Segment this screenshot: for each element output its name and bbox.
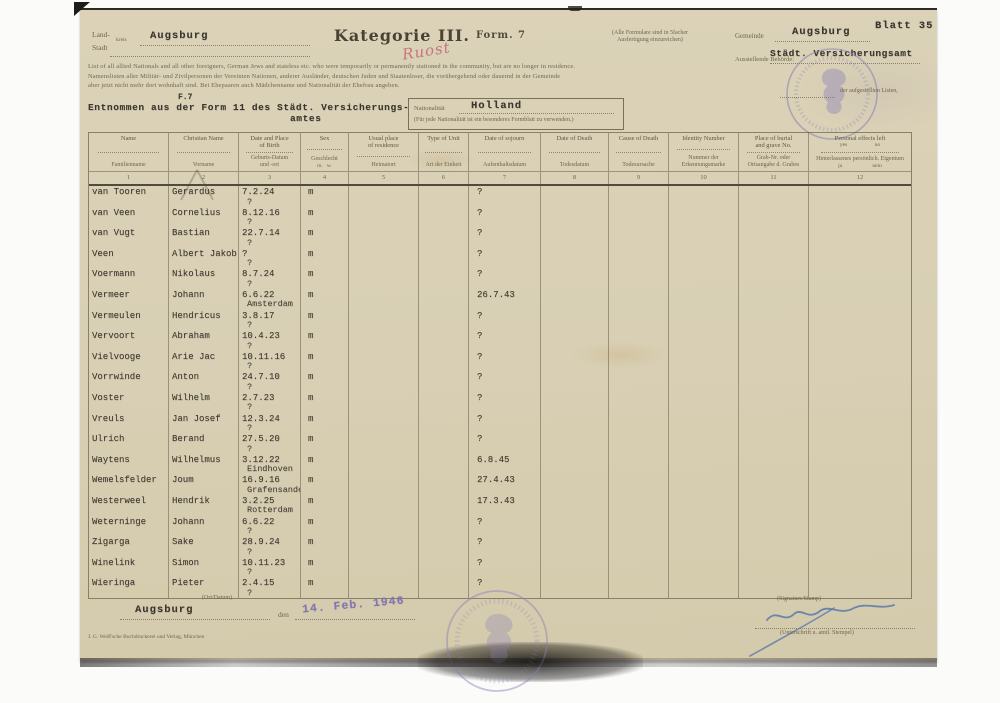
copies-note-line2: Ausfertigung einzureichen) — [585, 37, 715, 44]
birth-place: ? — [247, 589, 300, 598]
column-header-1: NameFamilienname — [89, 133, 169, 171]
cell-birth: 27.5.20? — [239, 433, 301, 454]
birth-place: ? — [247, 198, 300, 207]
cell-identity-number — [669, 536, 739, 557]
cell-birth: 24.7.10? — [239, 371, 301, 392]
cell-residence — [349, 289, 419, 310]
cell-unit — [419, 227, 469, 248]
cell-personal-effects — [809, 289, 911, 310]
column-header-en: Cause of Death — [619, 135, 658, 142]
cell-sojourn-date: ? — [469, 371, 541, 392]
cell-unit — [419, 413, 469, 434]
source-note-line2: amtes — [290, 113, 322, 124]
cell-sojourn-date: ? — [469, 413, 541, 434]
instructions-line2-de: Namenslisten aller Militär- und Zivilper… — [88, 72, 833, 82]
column-header-9: Cause of DeathTodesursache — [609, 133, 669, 171]
cell-personal-effects — [809, 392, 911, 413]
cell-burial-place — [739, 268, 809, 289]
persons-table: NameFamiliennameChristian NameVornameDat… — [88, 132, 912, 599]
column-number: 8 — [541, 172, 609, 184]
cell-residence — [349, 392, 419, 413]
cell-burial-place — [739, 433, 809, 454]
column-header-de: Heimatort — [371, 162, 395, 169]
header-dotted-rule — [616, 151, 660, 153]
cell-residence — [349, 330, 419, 351]
cell-unit — [419, 351, 469, 372]
birth-place: ? — [247, 403, 300, 412]
place-value: Augsburg — [135, 604, 193, 616]
cell-death-cause — [609, 207, 669, 228]
cell-first-name: Berand — [169, 433, 239, 454]
table-row: WesterweelHendrik3.2.25Rotterdamm17.3.43 — [89, 495, 911, 516]
nationality-value: Holland — [471, 100, 522, 112]
cell-death-cause — [609, 454, 669, 475]
cell-name: Ulrich — [89, 433, 169, 454]
cell-death-date — [541, 227, 609, 248]
cell-personal-effects — [809, 433, 911, 454]
cell-personal-effects — [809, 371, 911, 392]
cell-death-date — [541, 351, 609, 372]
cell-identity-number — [669, 495, 739, 516]
cell-death-cause — [609, 495, 669, 516]
cell-death-date — [541, 207, 609, 228]
cell-first-name: Wilhelm — [169, 392, 239, 413]
cell-first-name: Cornelius — [169, 207, 239, 228]
cell-burial-place — [739, 351, 809, 372]
place-date-label: (Ort/Datum) — [202, 595, 232, 601]
column-header-en: Personal effects left — [835, 135, 886, 142]
cell-identity-number — [669, 207, 739, 228]
cell-sojourn-date: 17.3.43 — [469, 495, 541, 516]
column-header-de-options: ja nein — [816, 163, 904, 169]
district-label-bottom: Stadt — [92, 43, 107, 52]
cell-sex: m — [301, 289, 349, 310]
cell-death-date — [541, 536, 609, 557]
header-dotted-rule — [677, 148, 729, 150]
cell-name: Winelink — [89, 557, 169, 578]
cell-identity-number — [669, 413, 739, 434]
cell-personal-effects — [809, 351, 911, 372]
cell-sojourn-date: ? — [469, 186, 541, 207]
column-header-de: Nummer der Erkennungsmarke — [682, 155, 726, 169]
cell-death-date — [541, 289, 609, 310]
cell-burial-place — [739, 392, 809, 413]
den-label: den — [278, 610, 289, 619]
cell-name: Vervoort — [89, 330, 169, 351]
cell-unit — [419, 516, 469, 537]
header-dotted-rule — [246, 151, 292, 153]
cell-death-date — [541, 413, 609, 434]
instructions-line1-en: List of all allied Nationals and all oth… — [88, 62, 833, 72]
table-row: VermeerJohann6.6.22Amsterdamm26.7.43 — [89, 289, 911, 310]
cell-first-name: Nikolaus — [169, 268, 239, 289]
cell-death-date — [541, 248, 609, 269]
cell-first-name: Hendrik — [169, 495, 239, 516]
cell-death-date — [541, 474, 609, 495]
cell-sojourn-date: 27.4.43 — [469, 474, 541, 495]
header-dotted-rule — [747, 151, 799, 153]
cell-identity-number — [669, 248, 739, 269]
table-row: VosterWilhelm2.7.23?m? — [89, 392, 911, 413]
cell-residence — [349, 310, 419, 331]
table-row: VorrwindeAnton24.7.10?m? — [89, 371, 911, 392]
cell-name: Westerweel — [89, 495, 169, 516]
cell-unit — [419, 330, 469, 351]
column-header-de: Todesursache — [622, 162, 655, 169]
cell-birth: ?? — [239, 248, 301, 269]
cell-sojourn-date: ? — [469, 392, 541, 413]
cell-birth: 16.9.16Grafensande — [239, 474, 301, 495]
cell-residence — [349, 227, 419, 248]
cell-sex: m — [301, 557, 349, 578]
column-header-de: Vorname — [193, 162, 215, 169]
document-paper: Land- Stadt kreis Augsburg Kategorie III… — [80, 8, 937, 660]
cell-birth: 3.12.22Eindhoven — [239, 454, 301, 475]
table-row: VermeulenHendricus3.8.17?m? — [89, 310, 911, 331]
cell-name: Waytens — [89, 454, 169, 475]
birth-place: Amsterdam — [247, 300, 300, 309]
source-note-line1: Entnommen aus der Form 11 des Städt. Ver… — [88, 102, 409, 113]
cell-burial-place — [739, 330, 809, 351]
gemeinde-value: Augsburg — [792, 26, 850, 38]
birth-place: ? — [247, 218, 300, 227]
cell-death-date — [541, 516, 609, 537]
cell-sex: m — [301, 392, 349, 413]
cell-personal-effects — [809, 227, 911, 248]
column-header-en: Identity Number — [682, 135, 724, 142]
cell-death-date — [541, 330, 609, 351]
cell-unit — [419, 268, 469, 289]
cell-burial-place — [739, 454, 809, 475]
cell-sex: m — [301, 330, 349, 351]
cell-name: van Tooren — [89, 186, 169, 207]
cell-sojourn-date: ? — [469, 248, 541, 269]
cell-death-date — [541, 392, 609, 413]
cell-sex: m — [301, 495, 349, 516]
cell-death-cause — [609, 186, 669, 207]
column-number: 4 — [301, 172, 349, 184]
table-row: WaytensWilhelmus3.12.22Eindhovenm6.8.45 — [89, 454, 911, 475]
table-row: VervoortAbraham10.4.23?m? — [89, 330, 911, 351]
cell-sojourn-date: ? — [469, 310, 541, 331]
column-header-de: Geschlecht — [311, 156, 338, 163]
cell-death-cause — [609, 227, 669, 248]
cell-burial-place — [739, 371, 809, 392]
cell-name: Vielvooge — [89, 351, 169, 372]
cell-unit — [419, 495, 469, 516]
cell-identity-number — [669, 330, 739, 351]
cell-unit — [419, 248, 469, 269]
cell-death-date — [541, 557, 609, 578]
column-header-de: Hinterlassenes persönlich. Eigentum — [816, 156, 904, 163]
cell-name: Wemelsfelder — [89, 474, 169, 495]
cell-death-cause — [609, 289, 669, 310]
cell-personal-effects — [809, 454, 911, 475]
cell-death-date — [541, 310, 609, 331]
scan-edge-notch — [568, 6, 582, 11]
column-number: 10 — [669, 172, 739, 184]
cell-unit — [419, 207, 469, 228]
cell-first-name: Sake — [169, 536, 239, 557]
gemeinde-label: Gemeinde — [735, 32, 764, 40]
column-header-de: Todesdatum — [560, 162, 589, 169]
table-row: UlrichBerand27.5.20?m? — [89, 433, 911, 454]
column-number: 1 — [89, 172, 169, 184]
column-header-en: Date of sojourn — [485, 135, 525, 142]
cell-identity-number — [669, 289, 739, 310]
cell-personal-effects — [809, 207, 911, 228]
cell-death-cause — [609, 268, 669, 289]
district-value: Augsburg — [150, 30, 208, 42]
cell-death-cause — [609, 392, 669, 413]
cell-burial-place — [739, 474, 809, 495]
instructions-line3-de: aber jetzt nicht mehr dort wohnhaft sind… — [88, 81, 833, 91]
cell-sojourn-date: ? — [469, 351, 541, 372]
cell-death-cause — [609, 310, 669, 331]
nationality-label: Nationalität — [414, 105, 445, 112]
cell-identity-number — [669, 474, 739, 495]
column-header-en: Usual place of residence — [368, 135, 399, 149]
cell-name: Wieringa — [89, 577, 169, 598]
column-number: 11 — [739, 172, 809, 184]
cell-first-name: Abraham — [169, 330, 239, 351]
form-number-label: Form. 7 — [476, 30, 526, 41]
cell-unit — [419, 371, 469, 392]
cell-residence — [349, 495, 419, 516]
cell-birth: 2.4.15? — [239, 577, 301, 598]
cell-identity-number — [669, 577, 739, 598]
cell-birth: 28.9.24? — [239, 536, 301, 557]
cell-sojourn-date: ? — [469, 536, 541, 557]
column-header-de-options: m. w. — [311, 163, 338, 169]
cell-sex: m — [301, 227, 349, 248]
cell-death-cause — [609, 516, 669, 537]
cell-first-name: Arie Jac — [169, 351, 239, 372]
birth-place: ? — [247, 548, 300, 557]
column-header-7: Date of sojournAufenthaltsdatum — [469, 133, 541, 171]
cell-name: Weterninge — [89, 516, 169, 537]
birth-place: ? — [247, 568, 300, 577]
cell-sex: m — [301, 207, 349, 228]
cell-identity-number — [669, 186, 739, 207]
district-label-small: kreis — [116, 37, 127, 43]
column-header-en: Place of burial and grave No. — [755, 135, 792, 149]
cell-personal-effects — [809, 310, 911, 331]
cell-sojourn-date: 26.7.43 — [469, 289, 541, 310]
cell-death-cause — [609, 413, 669, 434]
cell-burial-place — [739, 289, 809, 310]
round-office-stamp-bottom — [442, 586, 552, 696]
cell-unit — [419, 289, 469, 310]
cell-identity-number — [669, 371, 739, 392]
source-note-sup: F.7 — [178, 93, 192, 102]
birth-place: ? — [247, 445, 300, 454]
cell-sex: m — [301, 186, 349, 207]
cell-birth: 6.6.22Amsterdam — [239, 289, 301, 310]
cell-residence — [349, 454, 419, 475]
district-label-top: Land- — [92, 30, 110, 39]
cell-first-name: Johann — [169, 516, 239, 537]
cell-sojourn-date: ? — [469, 330, 541, 351]
cell-sojourn-date: ? — [469, 268, 541, 289]
cell-sex: m — [301, 268, 349, 289]
column-header-12: Personal effects leftyes noHinterlassene… — [809, 133, 911, 171]
cell-burial-place — [739, 557, 809, 578]
cell-residence — [349, 557, 419, 578]
table-row: WeterningeJohann6.6.22?m? — [89, 516, 911, 537]
cell-name: Vreuls — [89, 413, 169, 434]
table-row: VreulsJan Josef12.3.24?m? — [89, 413, 911, 434]
cell-sojourn-date: ? — [469, 516, 541, 537]
header-dotted-rule — [98, 151, 158, 153]
cell-first-name: Gerardus — [169, 186, 239, 207]
column-header-en: Name — [121, 135, 136, 142]
header-dotted-rule — [177, 151, 229, 153]
cell-residence — [349, 371, 419, 392]
cell-birth: 12.3.24? — [239, 413, 301, 434]
cell-birth: 6.6.22? — [239, 516, 301, 537]
cell-sex: m — [301, 516, 349, 537]
page-title: Kategorie III. — [312, 26, 492, 45]
column-header-en: Christian Name — [183, 135, 223, 142]
cell-burial-place — [739, 207, 809, 228]
scan-corner-shadow — [74, 2, 90, 16]
header-dotted-rule — [357, 155, 409, 157]
cell-name: Vorrwinde — [89, 371, 169, 392]
table-row: WemelsfelderJoum16.9.16Grafensandem27.4.… — [89, 474, 911, 495]
cell-personal-effects — [809, 268, 911, 289]
cell-burial-place — [739, 516, 809, 537]
cell-birth: 10.4.23? — [239, 330, 301, 351]
cell-personal-effects — [809, 330, 911, 351]
cell-name: Vermeer — [89, 289, 169, 310]
table-row: van VeenCornelius8.12.16?m? — [89, 207, 911, 228]
cell-sojourn-date: ? — [469, 227, 541, 248]
cell-sojourn-date: ? — [469, 433, 541, 454]
birth-place: ? — [247, 280, 300, 289]
birth-place: ? — [247, 362, 300, 371]
cell-death-cause — [609, 474, 669, 495]
cell-residence — [349, 186, 419, 207]
header-dotted-rule — [425, 151, 462, 153]
column-header-8: Date of DeathTodesdatum — [541, 133, 609, 171]
table-row: WinelinkSimon10.11.23?m? — [89, 557, 911, 578]
copies-note-line1: (Alle Formulare sind in 5facher — [585, 30, 715, 37]
cell-personal-effects — [809, 536, 911, 557]
column-header-4: SexGeschlechtm. w. — [301, 133, 349, 171]
cell-residence — [349, 433, 419, 454]
cell-residence — [349, 413, 419, 434]
cell-residence — [349, 268, 419, 289]
cell-name: Vermeulen — [89, 310, 169, 331]
cell-burial-place — [739, 413, 809, 434]
column-header-en-options: yes no — [835, 142, 886, 148]
stamp-side-note: der aufgestellten Listen, — [840, 88, 898, 95]
cell-residence — [349, 474, 419, 495]
cell-first-name: Joum — [169, 474, 239, 495]
cell-death-date — [541, 371, 609, 392]
cell-sex: m — [301, 454, 349, 475]
cell-death-cause — [609, 433, 669, 454]
column-header-de: Geburts-Datum und -ort — [251, 155, 288, 169]
cell-personal-effects — [809, 495, 911, 516]
cell-residence — [349, 248, 419, 269]
cell-identity-number — [669, 310, 739, 331]
cell-identity-number — [669, 433, 739, 454]
cell-birth: 7.2.24? — [239, 186, 301, 207]
sheet-number: Blatt 35 — [875, 20, 933, 32]
cell-sex: m — [301, 433, 349, 454]
cell-name: Voermann — [89, 268, 169, 289]
cell-residence — [349, 516, 419, 537]
cell-burial-place — [739, 248, 809, 269]
signature-sub-label: (Unterschrift u. amtl. Stempel) — [780, 630, 854, 636]
birth-place: Eindhoven — [247, 465, 300, 474]
table-row: VeenAlbert Jakob??m? — [89, 248, 911, 269]
column-header-de: Grab-Nr. oder Ortsangabe d. Grabes — [748, 155, 800, 169]
table-row: ZigargaSake28.9.24?m? — [89, 536, 911, 557]
cell-sex: m — [301, 248, 349, 269]
scanned-document-page: { "header": { "category_title": "Kategor… — [0, 0, 1000, 703]
cell-personal-effects — [809, 248, 911, 269]
cell-death-date — [541, 186, 609, 207]
nationality-note: (Für jede Nationalität ist ein besondere… — [414, 117, 619, 124]
cell-death-cause — [609, 577, 669, 598]
birth-place: Rotterdam — [247, 506, 300, 515]
cell-first-name: Johann — [169, 289, 239, 310]
table-row: van VugtBastian22.7.14?m? — [89, 227, 911, 248]
column-number: 3 — [239, 172, 301, 184]
cell-birth: 22.7.14? — [239, 227, 301, 248]
cell-sex: m — [301, 371, 349, 392]
cell-birth: 2.7.23? — [239, 392, 301, 413]
cell-death-date — [541, 433, 609, 454]
cell-birth: 8.7.24? — [239, 268, 301, 289]
column-header-10: Identity NumberNummer der Erkennungsmark… — [669, 133, 739, 171]
cell-sojourn-date: ? — [469, 557, 541, 578]
column-header-en: Type of Unit — [427, 135, 460, 142]
cell-first-name: Hendricus — [169, 310, 239, 331]
column-number: 7 — [469, 172, 541, 184]
cell-unit — [419, 310, 469, 331]
cell-sojourn-date: 6.8.45 — [469, 454, 541, 475]
cell-residence — [349, 577, 419, 598]
header-dotted-rule — [549, 151, 600, 153]
table-header-row: NameFamiliennameChristian NameVornameDat… — [89, 133, 911, 171]
table-row: VoermannNikolaus8.7.24?m? — [89, 268, 911, 289]
column-header-5: Usual place of residenceHeimatort — [349, 133, 419, 171]
column-number: 9 — [609, 172, 669, 184]
cell-personal-effects — [809, 413, 911, 434]
cell-residence — [349, 207, 419, 228]
birth-place: ? — [247, 239, 300, 248]
cell-death-cause — [609, 371, 669, 392]
cell-sex: m — [301, 310, 349, 331]
cell-name: Zigarga — [89, 536, 169, 557]
cell-identity-number — [669, 516, 739, 537]
column-header-2: Christian NameVorname — [169, 133, 239, 171]
cell-personal-effects — [809, 557, 911, 578]
cell-unit — [419, 433, 469, 454]
column-header-11: Place of burial and grave No.Grab-Nr. od… — [739, 133, 809, 171]
cell-first-name: Anton — [169, 371, 239, 392]
cell-unit — [419, 392, 469, 413]
birth-place: Grafensande — [247, 486, 300, 495]
cell-burial-place — [739, 186, 809, 207]
cell-sojourn-date: ? — [469, 207, 541, 228]
table-column-numbers-row: 123456789101112 — [89, 171, 911, 186]
cell-sex: m — [301, 536, 349, 557]
